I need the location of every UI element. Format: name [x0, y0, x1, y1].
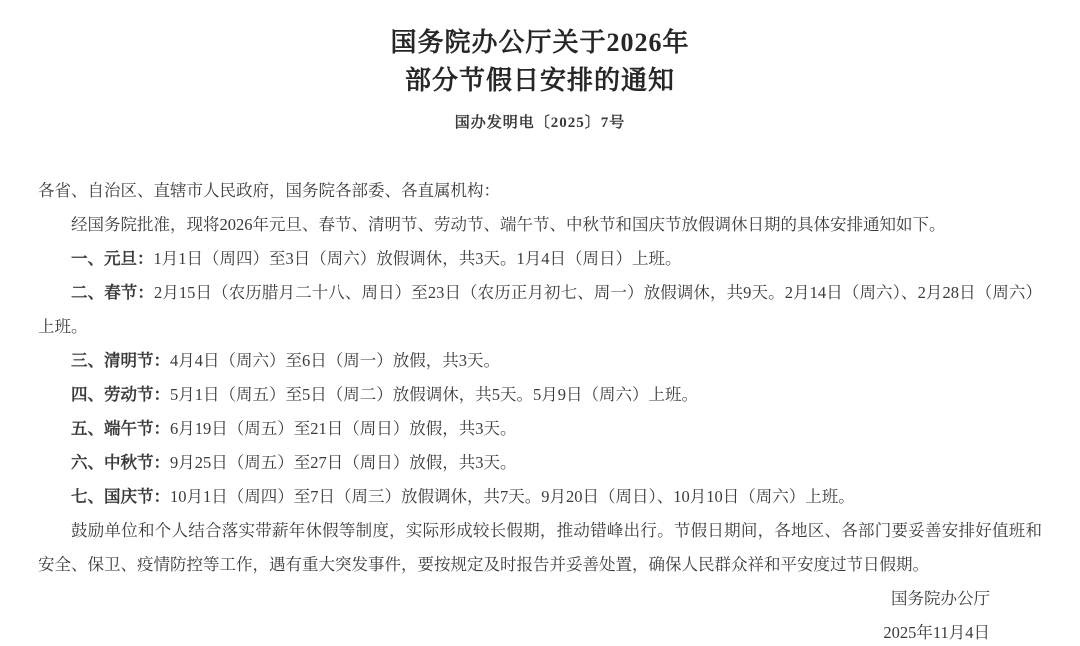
holiday-item-text: 10月1日（周四）至7日（周三）放假调休，共7天。9月20日（周日）、10月10… — [170, 487, 855, 506]
holiday-item: 一、元旦：1月1日（周四）至3日（周六）放假调休，共3天。1月4日（周日）上班。 — [38, 242, 1042, 276]
holiday-item: 二、春节：2月15日（农历腊月二十八、周日）至23日（农历正月初七、周一）放假调… — [38, 276, 1042, 344]
intro-paragraph: 经国务院批准，现将2026年元旦、春节、清明节、劳动节、端午节、中秋节和国庆节放… — [38, 208, 1042, 242]
holiday-item: 三、清明节：4月4日（周六）至6日（周一）放假，共3天。 — [38, 344, 1042, 378]
holiday-item-label: 七、国庆节： — [71, 487, 170, 506]
holiday-item-label: 六、中秋节： — [71, 453, 170, 472]
issue-date: 2025年11月4日 — [38, 616, 990, 646]
salutation: 各省、自治区、直辖市人民政府，国务院各部委、各直属机构： — [38, 174, 1042, 208]
holiday-item-label: 一、元旦： — [71, 249, 154, 268]
signature-block: 国务院办公厅 2025年11月4日 — [38, 582, 1042, 646]
holiday-item-label: 二、春节： — [71, 283, 154, 302]
closing-paragraph: 鼓励单位和个人结合落实带薪年休假等制度，实际形成较长假期，推动错峰出行。节假日期… — [38, 514, 1042, 582]
holiday-item: 七、国庆节：10月1日（周四）至7日（周三）放假调休，共7天。9月20日（周日）… — [38, 480, 1042, 514]
holiday-item: 六、中秋节：9月25日（周五）至27日（周日）放假，共3天。 — [38, 446, 1042, 480]
holiday-item-text: 5月1日（周五）至5日（周二）放假调休，共5天。5月9日（周六）上班。 — [170, 385, 698, 404]
issuer-name: 国务院办公厅 — [38, 582, 990, 616]
holiday-items: 一、元旦：1月1日（周四）至3日（周六）放假调休，共3天。1月4日（周日）上班。… — [38, 242, 1042, 514]
holiday-item-text: 2月15日（农历腊月二十八、周日）至23日（农历正月初七、周一）放假调休，共9天… — [38, 283, 1042, 336]
holiday-item-text: 4月4日（周六）至6日（周一）放假，共3天。 — [170, 351, 500, 370]
document-body: 各省、自治区、直辖市人民政府，国务院各部委、各直属机构： 经国务院批准，现将20… — [38, 174, 1042, 582]
document-number: 国办发明电〔2025〕7号 — [38, 114, 1042, 132]
document-title: 国务院办公厅关于2026年 部分节假日安排的通知 — [38, 24, 1042, 100]
holiday-item-text: 9月25日（周五）至27日（周日）放假，共3天。 — [170, 453, 517, 472]
holiday-item-label: 五、端午节： — [71, 419, 170, 438]
holiday-item-text: 1月1日（周四）至3日（周六）放假调休，共3天。1月4日（周日）上班。 — [154, 249, 682, 268]
title-line-1: 国务院办公厅关于2026年 — [38, 24, 1042, 62]
holiday-item-label: 三、清明节： — [71, 351, 170, 370]
holiday-item-text: 6月19日（周五）至21日（周日）放假，共3天。 — [170, 419, 517, 438]
notice-document: 国务院办公厅关于2026年 部分节假日安排的通知 国办发明电〔2025〕7号 各… — [0, 0, 1080, 646]
holiday-item: 四、劳动节：5月1日（周五）至5日（周二）放假调休，共5天。5月9日（周六）上班… — [38, 378, 1042, 412]
title-line-2: 部分节假日安排的通知 — [38, 62, 1042, 100]
holiday-item: 五、端午节：6月19日（周五）至21日（周日）放假，共3天。 — [38, 412, 1042, 446]
holiday-item-label: 四、劳动节： — [71, 385, 170, 404]
